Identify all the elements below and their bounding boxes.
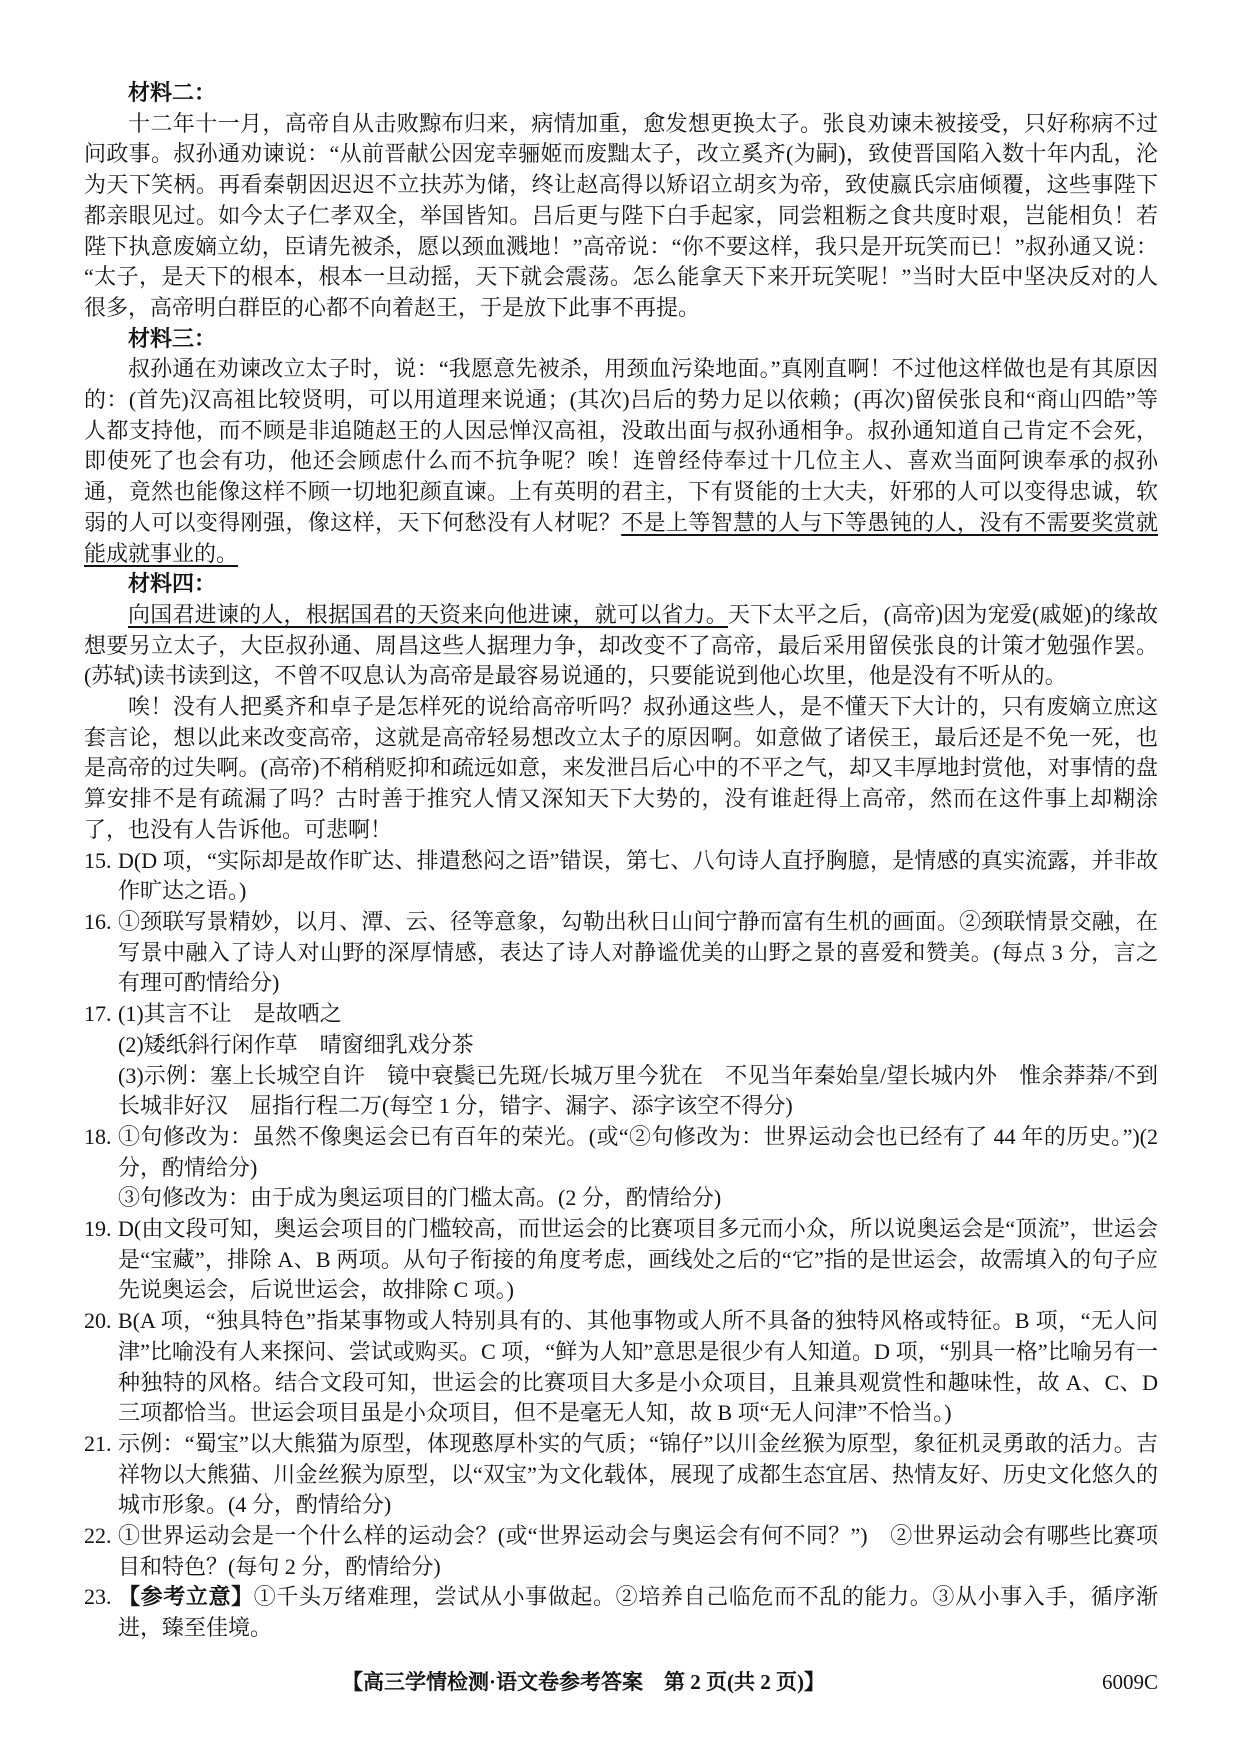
answer-number-22: 22. — [84, 1521, 112, 1552]
footer-page-code: 6009C — [1102, 1668, 1158, 1696]
answer-number-21: 21. — [84, 1429, 112, 1460]
answer-text: B(A 项，“独具特色”指某事物或人特别具有的、其他事物或人所不具备的独特风格或… — [118, 1306, 1158, 1429]
answer-subline-2: (2)矮纸斜行闲作草 晴窗细乳戏分茶 — [118, 1030, 1158, 1061]
answer-item-22: 22. ①世界运动会是一个什么样的运动会？(或“世界运动会与奥运会有何不同？”)… — [84, 1521, 1158, 1582]
answer-item-23: 23. 【参考立意】①千头万绪难理，尝试从小事做起。②培养自己临危而不乱的能力。… — [84, 1582, 1158, 1643]
page-content: 材料二： 十二年十一月，高帝自从击败黥布归来，病情加重，愈发想更换太子。张良劝谏… — [84, 78, 1158, 1644]
answer-subline-2: ③句修改为：由于成为奥运项目的门槛太高。(2 分，酌情给分) — [118, 1183, 1158, 1214]
answer-number-20: 20. — [84, 1306, 112, 1337]
answer-subline-1: (1)其言不让 是故哂之 — [118, 999, 1158, 1030]
material-4-section: 材料四： 向国君进谏的人，根据国君的天资来向他进谏，就可以省力。天下太平之后，(… — [84, 569, 1158, 845]
answer-text: 示例：“蜀宝”以大熊猫为原型，体现憨厚朴实的气质；“锦仔”以川金丝猴为原型，象征… — [118, 1429, 1158, 1521]
material-2-section: 材料二： 十二年十一月，高帝自从击败黥布归来，病情加重，愈发想更换太子。张良劝谏… — [84, 78, 1158, 324]
answer-number-15: 15. — [84, 846, 112, 877]
footer-title: 【高三学情检测·语文卷参考答案 第 2 页(共 2 页)】 — [342, 1668, 825, 1696]
answer-subline-1: ①句修改为：虽然不像奥运会已有百年的荣光。(或“②句修改为：世界运动会也已经有了… — [118, 1122, 1158, 1183]
answer-number-23: 23. — [84, 1582, 112, 1613]
material-3-section: 材料三： 叔孙通在劝谏改立太子时，说：“我愿意先被杀，用颈血污染地面。”真刚直啊… — [84, 324, 1158, 570]
answer-text: D(由文段可知，奥运会项目的门槛较高，而世运会的比赛项目多元而小众，所以说奥运会… — [118, 1214, 1158, 1306]
material-4-underlined-sentence: 向国君进谏的人，根据国君的天资来向他进谏，就可以省力。 — [128, 602, 728, 627]
answer-text: D(D 项，“实际却是故作旷达、排遣愁闷之语”错误，第七、八句诗人直抒胸臆，是情… — [118, 846, 1158, 907]
material-2-paragraph: 十二年十一月，高帝自从击败黥布归来，病情加重，愈发想更换太子。张良劝谏未被接受，… — [84, 109, 1158, 324]
answer-text-body: ①千头万绪难理，尝试从小事做起。②培养自己临危而不乱的能力。③从小事入手，循序渐… — [118, 1584, 1158, 1640]
answer-number-16: 16. — [84, 907, 112, 938]
answer-item-15: 15. D(D 项，“实际却是故作旷达、排遣愁闷之语”错误，第七、八句诗人直抒胸… — [84, 846, 1158, 907]
material-4-paragraph-1: 向国君进谏的人，根据国君的天资来向他进谏，就可以省力。天下太平之后，(高帝)因为… — [84, 600, 1158, 692]
answer-item-18: 18. ①句修改为：虽然不像奥运会已有百年的荣光。(或“②句修改为：世界运动会也… — [84, 1122, 1158, 1214]
answer-item-19: 19. D(由文段可知，奥运会项目的门槛较高，而世运会的比赛项目多元而小众，所以… — [84, 1214, 1158, 1306]
answer-text: ①颈联写景精妙，以月、潭、云、径等意象，勾勒出秋日山间宁静而富有生机的画面。②颈… — [118, 907, 1158, 999]
material-3-text: 叔孙通在劝谏改立太子时，说：“我愿意先被杀，用颈血污染地面。”真刚直啊！不过他这… — [84, 356, 1158, 535]
answer-number-19: 19. — [84, 1214, 112, 1245]
material-2-label: 材料二： — [84, 78, 1158, 109]
answer-item-21: 21. 示例：“蜀宝”以大熊猫为原型，体现憨厚朴实的气质；“锦仔”以川金丝猴为原… — [84, 1429, 1158, 1521]
answer-subline-3: (3)示例：塞上长城空自许 镜中衰鬓已先斑/长城万里今犹在 不见当年秦始皇/望长… — [118, 1061, 1158, 1122]
answer-text: 【参考立意】①千头万绪难理，尝试从小事做起。②培养自己临危而不乱的能力。③从小事… — [118, 1582, 1158, 1643]
answer-number-18: 18. — [84, 1122, 112, 1153]
answer-number-17: 17. — [84, 999, 112, 1030]
answer-item-17: 17. (1)其言不让 是故哂之 (2)矮纸斜行闲作草 晴窗细乳戏分茶 (3)示… — [84, 999, 1158, 1122]
answer-text: ①世界运动会是一个什么样的运动会？(或“世界运动会与奥运会有何不同？”) ②世界… — [118, 1521, 1158, 1582]
material-4-label: 材料四： — [84, 569, 1158, 600]
reference-intent-label: 【参考立意】 — [118, 1584, 254, 1609]
material-3-label: 材料三： — [84, 324, 1158, 355]
answer-item-20: 20. B(A 项，“独具特色”指某事物或人特别具有的、其他事物或人所不具备的独… — [84, 1306, 1158, 1429]
material-3-paragraph: 叔孙通在劝谏改立太子时，说：“我愿意先被杀，用颈血污染地面。”真刚直啊！不过他这… — [84, 354, 1158, 569]
exam-answer-sheet-page: 材料二： 十二年十一月，高帝自从击败黥布归来，病情加重，愈发想更换太子。张良劝谏… — [0, 0, 1241, 1754]
material-4-paragraph-2: 唉！没有人把奚齐和卓子是怎样死的说给高帝听吗？叔孙通这些人，是不懂天下大计的，只… — [84, 692, 1158, 846]
answer-item-16: 16. ①颈联写景精妙，以月、潭、云、径等意象，勾勒出秋日山间宁静而富有生机的画… — [84, 907, 1158, 999]
